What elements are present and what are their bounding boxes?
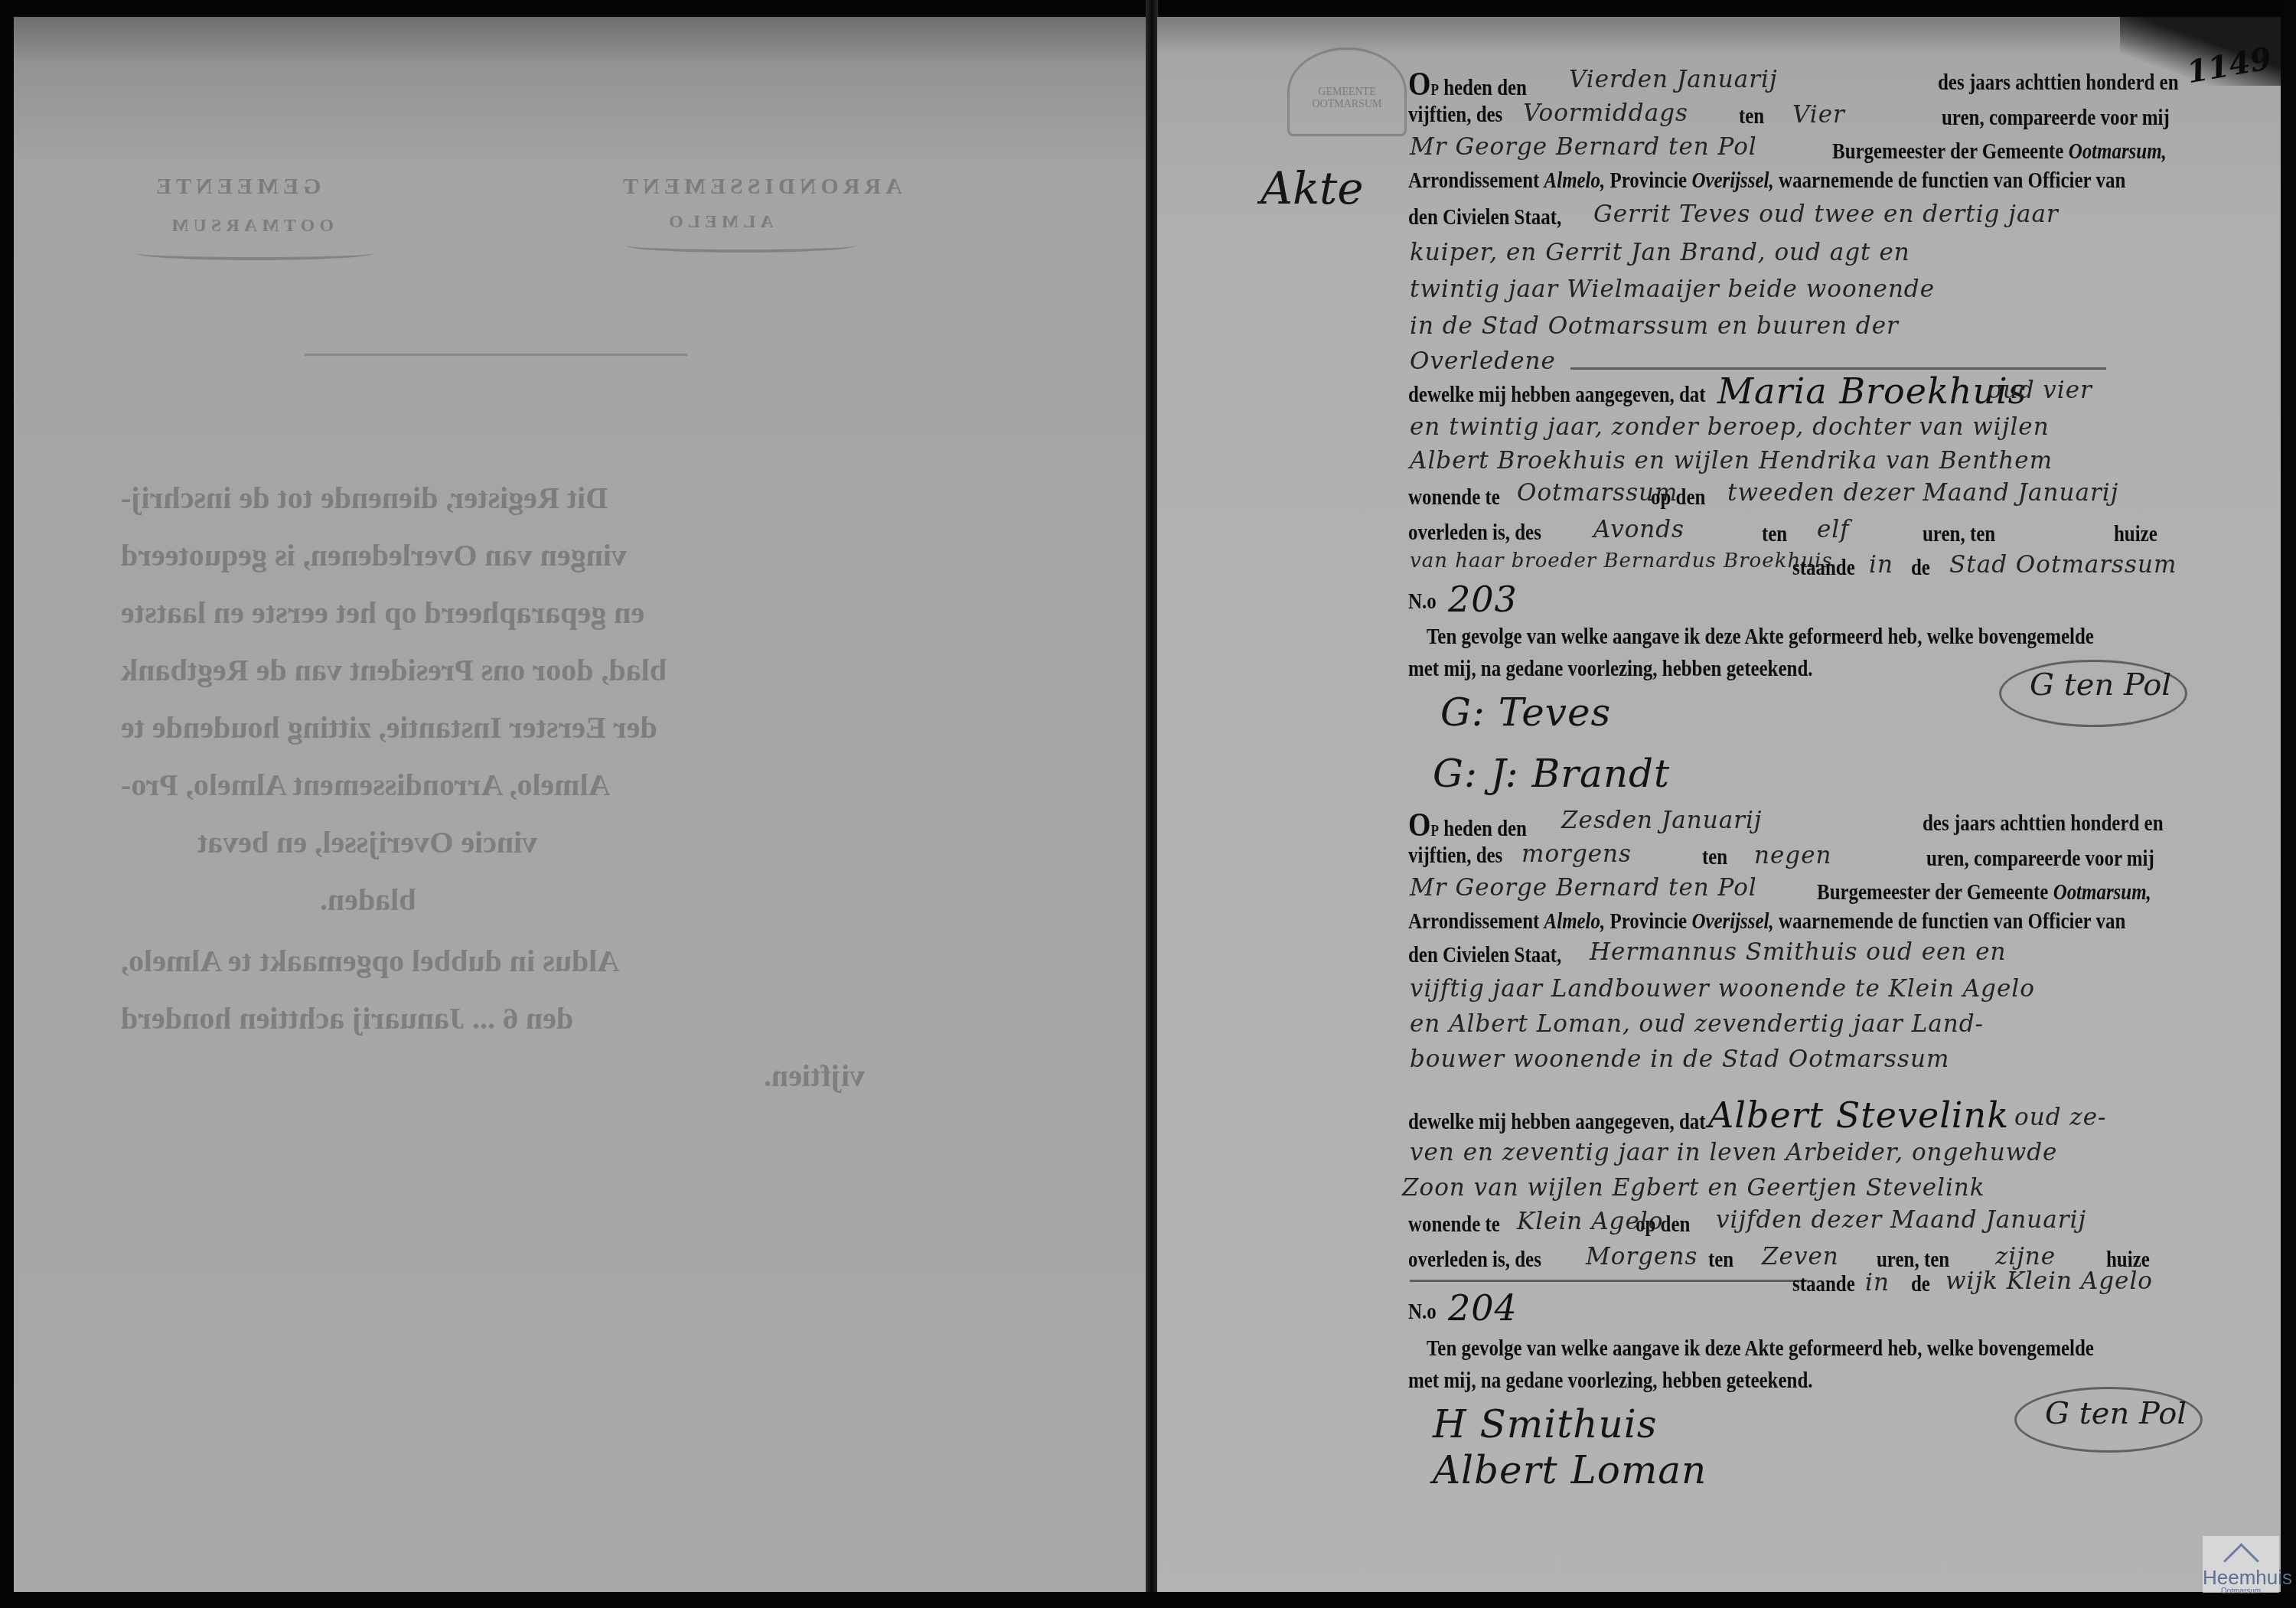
record1-staande: staande xyxy=(1792,556,1855,581)
record2-ten-2: ten xyxy=(1708,1248,1733,1273)
filler-line xyxy=(1570,367,2106,370)
bleed-header-ootmarsum: OOTMARSUM xyxy=(167,216,334,236)
record2-day: Zesden Januarij xyxy=(1561,807,1762,834)
record1-line2-suffix: uren, compareerde voor mij xyxy=(1942,106,2170,131)
record2-signature-2: Albert Loman xyxy=(1433,1448,1707,1492)
record2-no-label: N.o xyxy=(1408,1300,1437,1325)
bleed-line: bladen. xyxy=(320,870,416,930)
record1-declared: dewelke mij hebben aangegeven, dat xyxy=(1408,383,1706,408)
record2-hour: negen xyxy=(1754,842,1831,869)
record2-in: in xyxy=(1865,1269,1890,1297)
record1-death-hour: elf xyxy=(1817,516,1850,543)
record1-death-daypart: Avonds xyxy=(1593,516,1684,543)
record1-signature-2: G: J: Brandt xyxy=(1433,752,1670,796)
record1-closing-2: met mij, na gedane voorlezing, hebben ge… xyxy=(1408,657,1813,682)
record2-line1-suffix: des jaars achttien honderd en xyxy=(1923,811,2164,837)
record2-witness-line: vijftig jaar Landbouwer woonende te Klei… xyxy=(1410,975,2035,1003)
record1-huize: huize xyxy=(2114,522,2157,547)
record1-mayor-signature: G ten Pol xyxy=(2030,667,2171,703)
record1-witness-line: Overledene xyxy=(1410,347,1556,375)
record1-deceased-name: Maria Broekhuis xyxy=(1717,370,2027,412)
record1-burgemeester: Burgemeester der Gemeente Ootmarsum, xyxy=(1832,139,2167,165)
record1-official: Mr George Bernard ten Pol xyxy=(1410,133,1757,161)
record1-witness-1: Gerrit Teves oud twee en dertig jaar xyxy=(1593,201,2059,228)
record1-op-den: op den xyxy=(1651,485,1705,510)
record1-witness-line: kuiper, en Gerrit Jan Brand, oud agt en xyxy=(1410,239,1910,266)
record1-line2: vijftien, des xyxy=(1408,103,1502,128)
bleed-line: vingen van Overledenen, is gequoteerd xyxy=(121,526,627,585)
book-gutter xyxy=(1146,0,1158,1608)
record2-description: ven en zeventig jaar in leven Arbeider, … xyxy=(1410,1139,2057,1166)
bleed-line: vincie Overijssel, en bevat xyxy=(197,813,537,872)
record1-daypart: Voormiddags xyxy=(1523,99,1688,127)
record2-age: oud ze- xyxy=(2014,1104,2106,1131)
record2-line2: vijftien, des xyxy=(1408,843,1502,869)
bleed-rule xyxy=(305,354,687,356)
record2-declared: dewelke mij hebben aangegeven, dat xyxy=(1408,1110,1706,1135)
bleed-line: Almelo, Arrondissement Almelo, Pro- xyxy=(121,755,611,815)
record1-witness-line: twintig jaar Wielmaaijer beide woonende xyxy=(1410,276,1935,303)
record1-witness-line: in de Stad Ootmarssum en buuren der xyxy=(1410,312,1899,340)
record2-burgemeester: Burgemeester der Gemeente Ootmarsum, xyxy=(1817,880,2151,905)
record1-ten: ten xyxy=(1739,104,1764,129)
bleed-line: Dit Register, dienende tot de inschrij- xyxy=(121,468,608,528)
bleed-brace-left xyxy=(136,246,373,260)
record2-witness-line: bouwer woonende in de Stad Ootmarssum xyxy=(1410,1045,1949,1073)
bleed-header-almelo: ALMELO xyxy=(664,212,774,233)
record2-number: 204 xyxy=(1448,1287,1518,1329)
record1-ten-2: ten xyxy=(1762,522,1787,547)
bleed-brace-right xyxy=(626,239,856,253)
bleed-header-arrondissement: ARRONDISSEMENT xyxy=(618,174,902,200)
record1-age: oud vier xyxy=(1988,377,2092,404)
record2-mayor-signature: G ten Pol xyxy=(2045,1396,2187,1431)
record1-uren-ten: uren, ten xyxy=(1923,522,1995,547)
record1-de: de xyxy=(1911,556,1930,581)
record1-day: Vierden Januarij xyxy=(1569,66,1778,93)
margin-note-akte: Akte xyxy=(1261,162,1364,214)
left-page: GEMEENTE OOTMARSUM ARRONDISSEMENT ALMELO… xyxy=(14,17,1150,1592)
record1-description: en twintig jaar, zonder beroep, dochter … xyxy=(1410,413,2050,441)
record2-line1: OP heden den xyxy=(1408,805,1527,844)
record1-location: Stad Ootmarssum xyxy=(1949,551,2177,579)
record1-died: overleden is, des xyxy=(1408,520,1541,546)
record2-ten: ten xyxy=(1702,845,1727,870)
record2-civielen-staat: den Civielen Staat, xyxy=(1408,943,1561,968)
scan-right-border xyxy=(2281,0,2296,1608)
filler-line xyxy=(1410,1280,1808,1282)
record2-house-owner: zijne xyxy=(1995,1243,2056,1270)
record1-in: in xyxy=(1869,551,1893,579)
record2-op-den: op den xyxy=(1636,1212,1690,1238)
bleed-line: der Eerster Instantie, zitting houdende … xyxy=(121,698,657,758)
stamp-line: GEMEENTE xyxy=(1290,86,1404,99)
record1-hour: Vier xyxy=(1792,101,1845,129)
record2-line2-suffix: uren, compareerde voor mij xyxy=(1926,846,2154,872)
record2-closing-2: met mij, na gedane voorlezing, hebben ge… xyxy=(1408,1368,1813,1394)
record1-closing-1: Ten gevolge van welke aangave ik deze Ak… xyxy=(1427,625,2094,650)
heemhuis-logo: Heemhuis Ootmarsum xyxy=(2203,1536,2279,1593)
bleed-line: blad, door ons President van de Regtbank xyxy=(121,641,667,700)
record2-signature-1: H Smithuis xyxy=(1433,1402,1657,1447)
record2-witness-1: Hermannus Smithuis oud een en xyxy=(1590,938,2007,966)
record2-death-daypart: Morgens xyxy=(1586,1243,1698,1270)
record2-staande: staande xyxy=(1792,1272,1855,1297)
record2-death-date: vijfden dezer Maand Januarij xyxy=(1716,1206,2086,1234)
record2-official: Mr George Bernard ten Pol xyxy=(1410,874,1757,902)
record2-death-hour: Zeven xyxy=(1762,1243,1839,1270)
record1-arrondissement: Arrondissement Almelo, Provincie Overijs… xyxy=(1408,168,2125,194)
stamp-line: OOTMARSUM xyxy=(1290,99,1404,111)
record2-arrondissement: Arrondissement Almelo, Provincie Overijs… xyxy=(1408,909,2125,934)
bleed-line: en geparapheerd op het eerste en laatste xyxy=(121,583,644,643)
record1-line1-suffix: des jaars achttien honderd en xyxy=(1938,70,2179,96)
record1-number: 203 xyxy=(1448,579,1518,620)
record2-died: overleden is, des xyxy=(1408,1248,1541,1273)
record1-residence: wonende te xyxy=(1408,485,1500,510)
record2-closing-1: Ten gevolge van welke aangave ik deze Ak… xyxy=(1427,1336,2094,1362)
record2-de: de xyxy=(1911,1272,1930,1297)
bleed-header-gemeente: GEMEENTE xyxy=(152,174,321,200)
bleed-line: vijftien. xyxy=(764,1046,865,1106)
record2-witness-line: en Albert Loman, oud zevendertig jaar La… xyxy=(1410,1010,1984,1038)
record1-parents: Albert Broekhuis en wijlen Hendrika van … xyxy=(1410,447,2053,475)
record2-daypart: morgens xyxy=(1521,840,1632,868)
record2-residence: wonende te xyxy=(1408,1212,1500,1238)
record1-no-label: N.o xyxy=(1408,589,1437,615)
right-page: 1149 GEMEENTE OOTMARSUM Akte OP heden de… xyxy=(1157,17,2281,1592)
record1-line1: OP heden den xyxy=(1408,64,1527,103)
record2-location: wijk Klein Agelo xyxy=(1945,1267,2153,1295)
record2-deceased-name: Albert Stevelink xyxy=(1708,1094,2009,1136)
record2-parents: Zoon van wijlen Egbert en Geertjen Steve… xyxy=(1402,1174,1985,1202)
record1-civielen-staat: den Civielen Staat, xyxy=(1408,205,1561,230)
record1-signature-1: G: Teves xyxy=(1440,690,1611,735)
record1-death-date: tweeden dezer Maand Januarij xyxy=(1727,479,2118,507)
scan-bottom-border xyxy=(0,1592,2296,1608)
bleed-line: den 6 ... Januarij achttien honderd xyxy=(121,989,573,1049)
bleed-line: Aldus in dubbel opgemaakt te Almelo, xyxy=(121,931,619,991)
registry-stamp: GEMEENTE OOTMARSUM xyxy=(1287,47,1407,136)
record1-house-owner: van haar broeder Bernardus Broekhuis xyxy=(1410,550,1833,572)
